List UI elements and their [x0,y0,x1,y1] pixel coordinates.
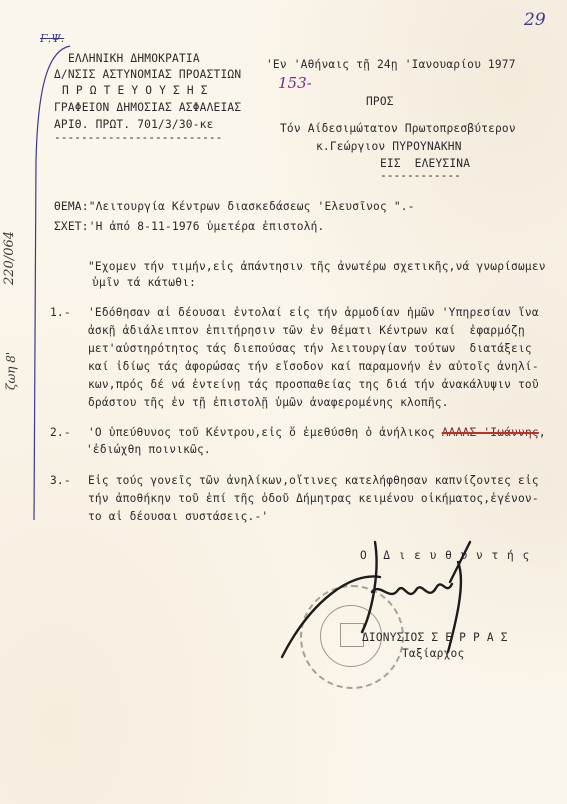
item-line: 'Ο ὑπεύθυνος τοῦ Κέντρου,εἰς ὅ ἐμεθύσθη … [88,426,546,440]
page-number: 29 [524,10,546,30]
intro-line-2: ὑμῖν τά κάτωθι: [92,276,196,290]
header-office: ΓΡΑΦΕΙΟΝ ΔΗΜΟΣΙΑΣ ΑΣΦΑΛΕΙΑΣ [54,101,241,115]
header-directorate: Δ/ΝΣΙΣ ΑΣΤΥΝΟΜΙΑΣ ΠΡΟΑΣΤΙΩΝ [54,68,241,82]
margin-annotation-side: 220/064 [2,231,17,285]
margin-annotation-side-2: ζωη 8' [4,352,18,390]
reference-line: ΣΧΕΤ:'Η ἀπό 8-11-1976 ὑμετέρα ἐπιστολή. [54,220,325,234]
item-line: δράστου τῆς ἐν τῇ ἐπιστολῇ ὑμῶν ἀναφερομ… [88,396,449,410]
item-number: 3.- [50,474,71,488]
recipient-rule: ------------ [380,169,461,183]
subject-line: ΘΕΜΑ:"Λειτουργία Κέντρων διασκεδάσεως 'Ε… [54,200,415,214]
reference-text: 'Η ἀπό 8-11-1976 ὑμετέρα ἐπιστολή. [89,220,325,233]
item-line: καί ἰδίως τάς ἀφορώσας τήν εἴσοδον καί π… [88,360,539,374]
item-number: 2.- [50,426,71,440]
to-label: ΠΡΟΣ [366,95,394,109]
header-capital: Π Ρ Ω Τ Ε Υ Ο Υ Σ Η Σ [62,84,208,98]
header-republic: ΕΛΛΗΝΙΚΗ ΔΗΜΟΚΡΑΤΙΑ [68,52,200,66]
date-line: 'Εν 'Αθήναις τῇ 24ῃ 'Ιανουαρίου 1977 [266,58,516,72]
item-line: 'Εδόθησαν αἱ δέουσαι ἐντολαί εἰς τήν ἁρμ… [88,306,539,320]
item-line: το αἱ δέουσαι συστάσεις.-' [88,510,268,524]
handwritten-number: 153- [278,74,312,92]
recipient-title: Τόν Αίδεσιμώτατον Πρωτοπρεσβύτερον [280,122,516,136]
signatory-name: ΔΙΟΝΥΣΙΟΣ Σ Ε Ρ Ρ Α Σ [362,631,508,645]
reference-label: ΣΧΕΤ: [54,220,89,233]
item-line: μετ'αὐστηρότητος τάς διεπούσας τήν λειτο… [88,342,532,356]
item-line: Εἰς τούς γονεῖς τῶν ἀνηλίκων,οἵτινες κατ… [88,474,539,488]
header-rule: ------------------------- [54,131,222,145]
intro-line-1: "Εχομεν τήν τιμήν,εἰς ἀπάντησιν τῆς ἀνωτ… [88,260,546,274]
header-protocol-number: ΑΡΙΘ. ΠΡΩΤ. 701/3/30-κε [54,118,214,132]
struck-name: ΛΑΛΑΣ 'Ιωάννης [442,426,539,439]
item-text: 'Ο ὑπεύθυνος τοῦ Κέντρου,εἰς ὅ ἐμεθύσθη … [88,426,442,439]
item-line: ἀσκῇ ἀδιάλειπτον ἐπιτήρησιν τῶν ἐν θέματ… [88,324,525,338]
item-number: 1.- [50,306,71,320]
subject-label: ΘΕΜΑ: [54,200,89,213]
item-line: κων,πρός δέ νά ἐντείνῃ τάς προσπαθείας τ… [88,378,539,392]
signatory-rank: Ταξίαρχος [402,647,464,661]
item-line: 'ἐδιώχθη ποινικῶς. [86,443,211,457]
recipient-name: κ.Γεώργιον ΠΥΡΟΥΝΑΚΗΝ [316,140,462,154]
document-page: 29 Γ.Ψ. 220/064 ζωη 8' ΕΛΛΗΝΙΚΗ ΔΗΜΟΚΡΑΤ… [0,0,567,804]
item-line: τήν ἀποθήκην τοῦ ἐπί τῆς ὁδοῦ Δήμητρας κ… [88,492,539,506]
subject-text: "Λειτουργία Κέντρων διασκεδάσεως 'Ελευσῖ… [89,200,415,213]
item-text: , [539,426,546,439]
